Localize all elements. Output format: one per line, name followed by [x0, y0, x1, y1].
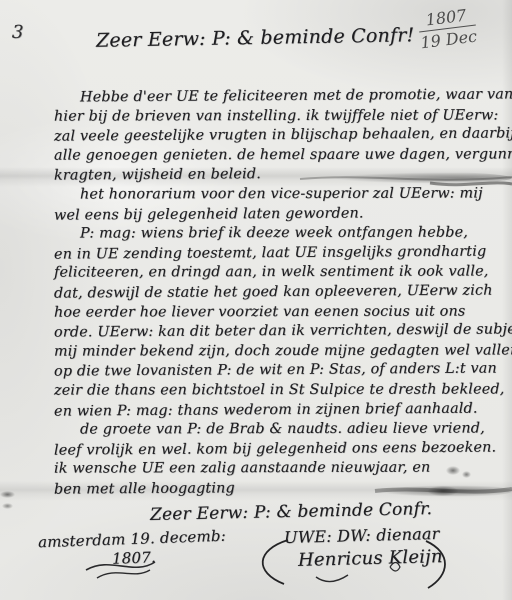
letter-line: Hebbe d'eer UE te feliciteeren met de pr… [54, 85, 510, 108]
letter-line: orde. UEerw: kan dit beter dan ik verric… [54, 321, 510, 344]
letter-line: en wien P: mag: thans wederom in zijnen … [54, 399, 510, 422]
letter-line: mij minder bekend zijn, doch zoude mijne… [54, 341, 510, 362]
closing-salutation: Zeer Eerw: P: & beminde Confr. [150, 499, 433, 525]
letter-line: wel eens bij gelegenheid laten geworden. [54, 203, 510, 226]
archival-date-note: 1807 19 Dec [417, 5, 478, 53]
signature: Henricus Kleijn [298, 546, 443, 571]
letter-line: hoe eerder hoe liever voorziet van eenen… [54, 302, 510, 323]
letter-line: kragten, wijsheid en beleid. [54, 164, 510, 187]
letter-scan: 3 1807 19 Dec Zeer Eerw: P: & beminde Co… [0, 0, 512, 600]
letter-body: Hebbe d'eer UE te feliciteeren met de pr… [54, 87, 510, 498]
letter-line: hier bij de brieven van instelling. ik t… [54, 106, 510, 127]
letter-line: de groete van P: de Brab & naudts. adieu… [54, 419, 510, 440]
dateline-place: amsterdam 19. decemb: [38, 527, 226, 552]
letter-line: ben met alle hoogagting [54, 477, 510, 500]
valediction: UWE: DW: dienaar [284, 524, 440, 547]
edge-stain [2, 503, 13, 509]
letter-line: het honorarium voor den vice-superior za… [54, 184, 510, 205]
letter-line: zeir die thans een bichtstoel in St Sulp… [54, 380, 510, 401]
letter-line: op die twe lovanisten P: de wit en P: St… [54, 360, 510, 383]
letter-line: leef vrolijk en wel. kom bij gelegenheid… [54, 438, 510, 461]
letter-line: P: mag: wiens brief ik deeze week ontfan… [54, 224, 510, 245]
letter-line: en in UE zending toestemt, laat UE insge… [54, 242, 510, 265]
letter-line: dat, deswijl de statie het goed kan ople… [54, 281, 510, 304]
letter-line: zal veele geestelijke vrugten in blijsch… [54, 125, 510, 148]
letter-line: ik wensche UE een zalig aanstaande nieuw… [54, 459, 510, 480]
letter-line: feliciteeren, en dringd aan, in welk sen… [54, 263, 510, 284]
letter-line: alle genoegen genieten. de hemel spaare … [54, 145, 510, 166]
page-number-mark: 3 [12, 22, 24, 43]
edge-stain [0, 491, 15, 498]
dateline-year: 1807. [112, 548, 157, 568]
salutation: Zeer Eerw: P: & beminde Confr! [96, 24, 415, 52]
